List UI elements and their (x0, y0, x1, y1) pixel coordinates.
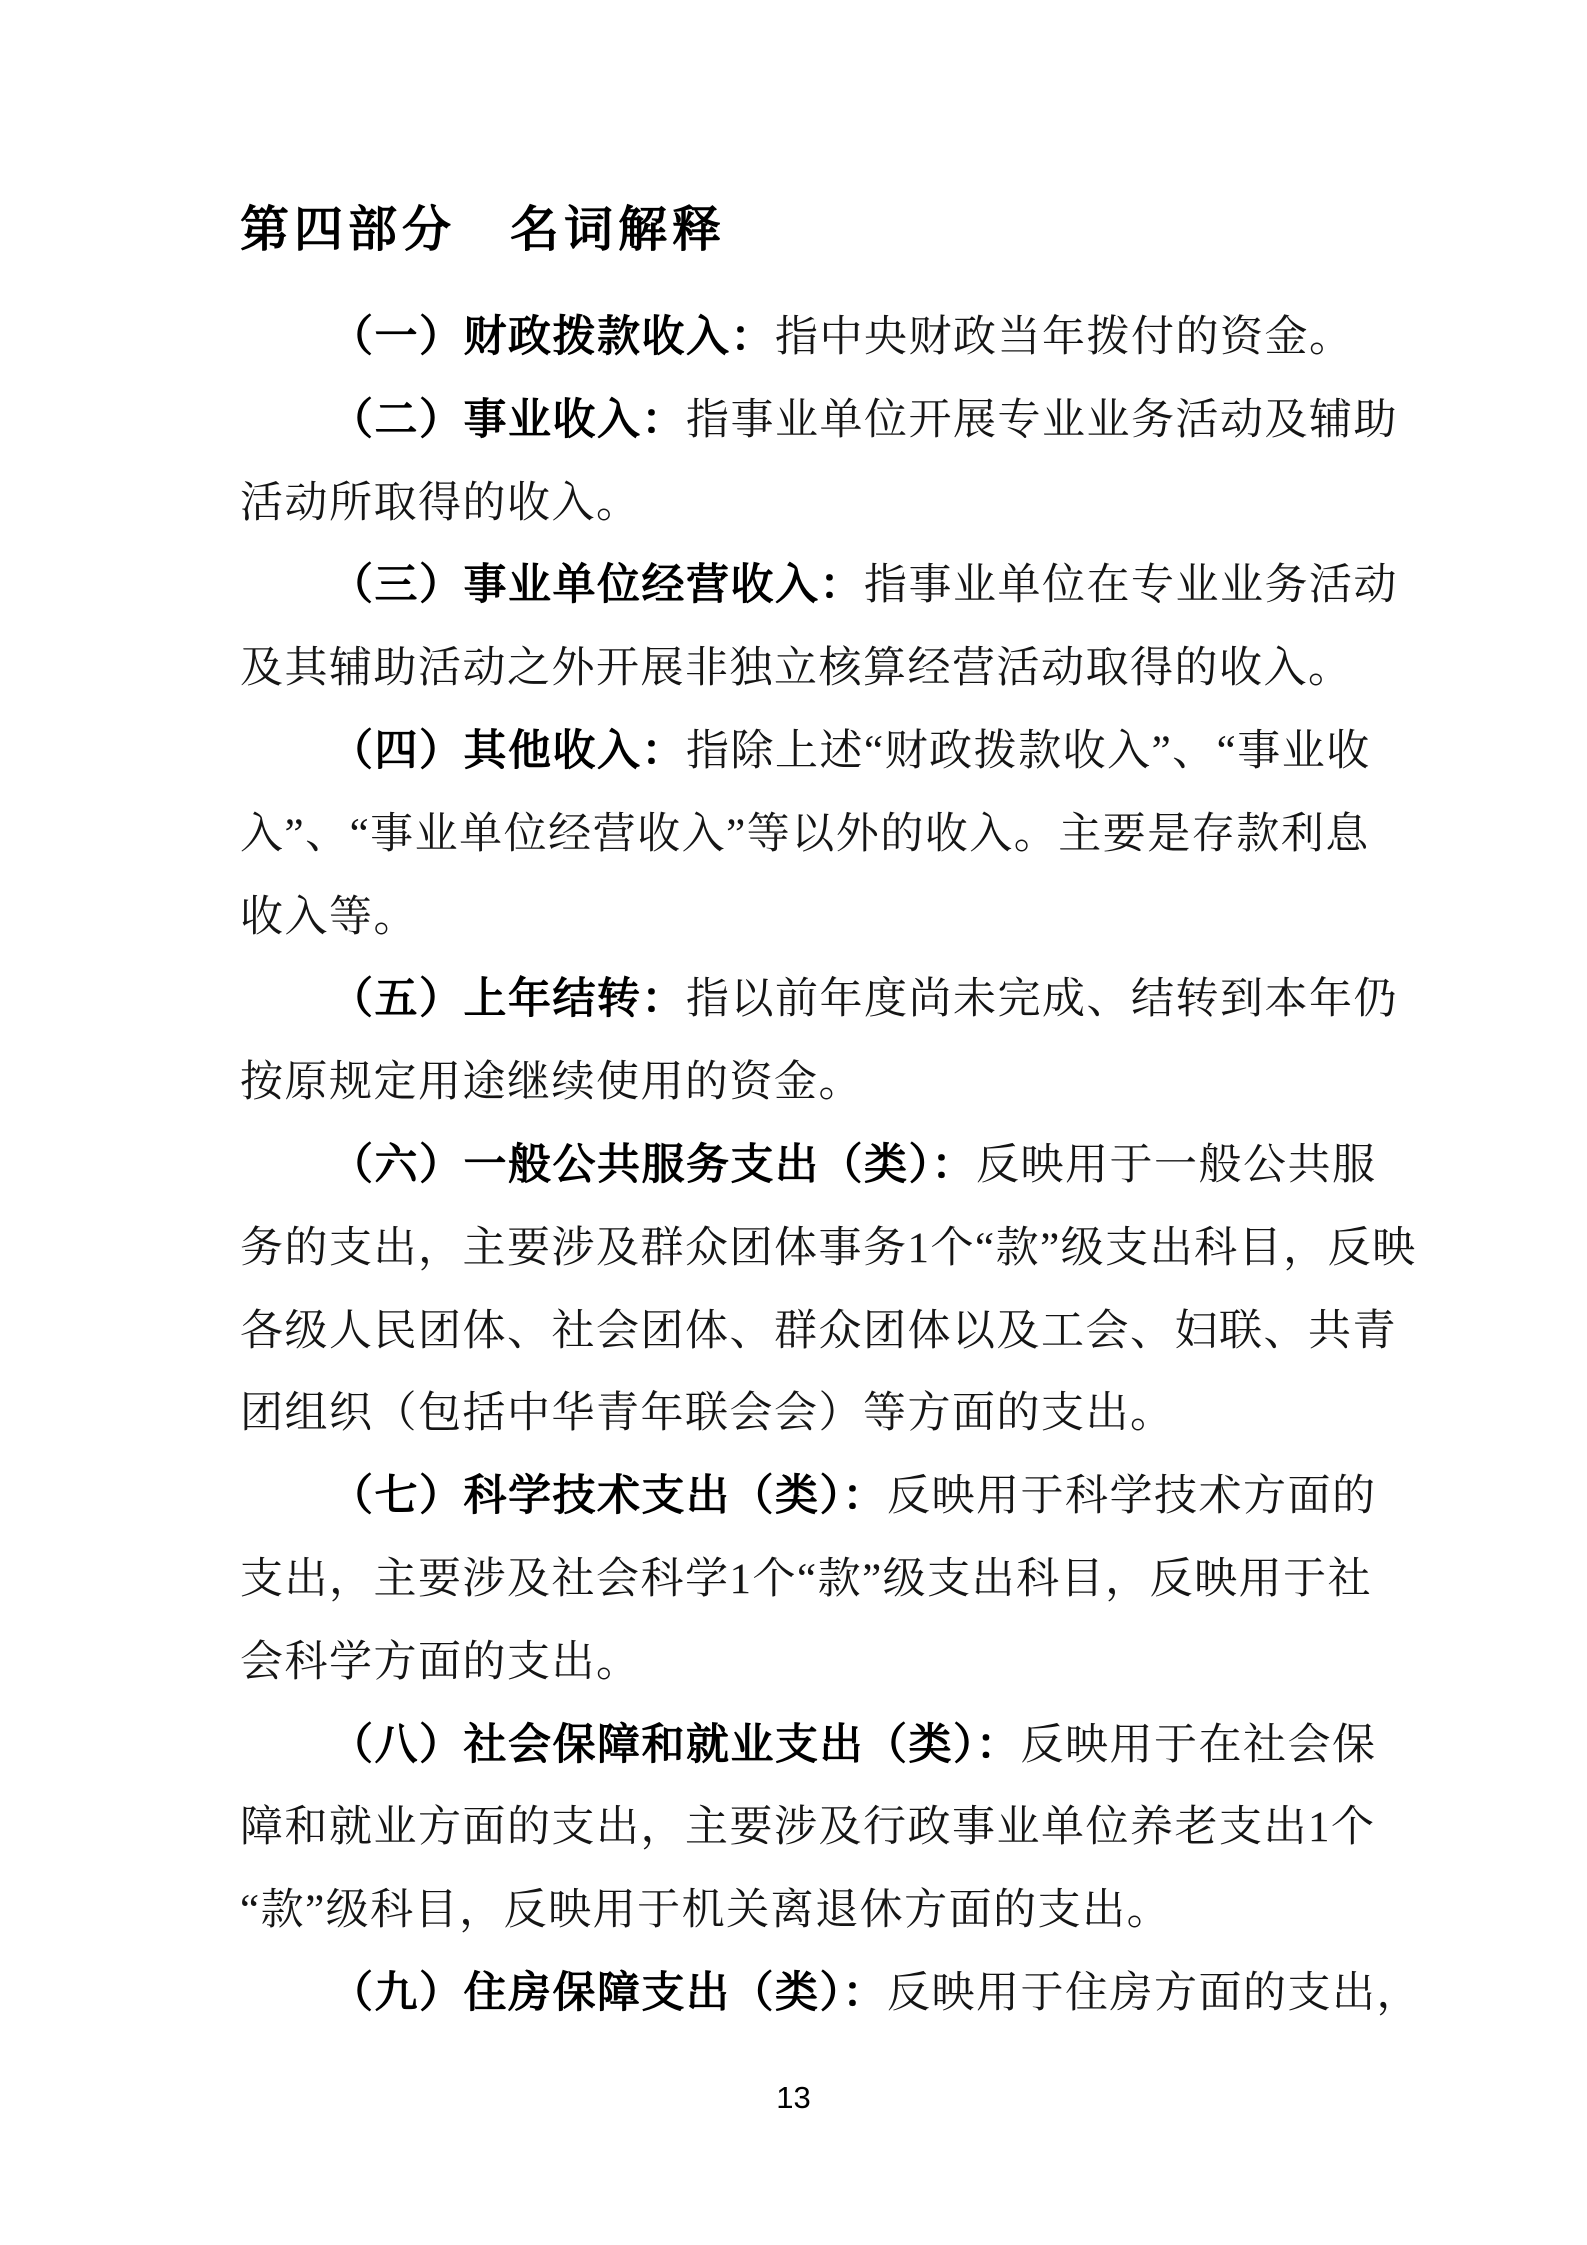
term-label: （三）事业单位经营收入： (330, 562, 864, 609)
text-line: 及其辅助活动之外开展非独立核算经营活动取得的收入。 (240, 628, 1348, 711)
term-label: （二）事业收入： (330, 397, 686, 444)
text-line: （五）上年结转：指以前年度尚未完成、结转到本年仍 (240, 959, 1348, 1042)
text-line: “款”级科目，反映用于机关离退休方面的支出。 (240, 1870, 1348, 1953)
text-line: （七）科学技术支出（类）：反映用于科学技术方面的 (240, 1456, 1348, 1539)
text-line: 按原规定用途继续使用的资金。 (240, 1042, 1348, 1125)
text-line: 支出，主要涉及社会科学1个“款”级支出科目，反映用于社 (240, 1539, 1348, 1622)
text-line: 障和就业方面的支出，主要涉及行政事业单位养老支出1个 (240, 1787, 1348, 1870)
term-label: （九）住房保障支出（类）： (330, 1970, 887, 2017)
text-line: （九）住房保障支出（类）：反映用于住房方面的支出， (240, 1953, 1348, 2036)
text-line: 团组织（包括中华青年联会会）等方面的支出。 (240, 1373, 1348, 1456)
text-line: （二）事业收入：指事业单位开展专业业务活动及辅助 (240, 380, 1348, 463)
text-line: 入”、“事业单位经营收入”等以外的收入。主要是存款利息 (240, 794, 1348, 877)
text-line: （八）社会保障和就业支出（类）：反映用于在社会保 (240, 1705, 1348, 1788)
term-label: （四）其他收入： (330, 728, 686, 775)
text-line: （三）事业单位经营收入：指事业单位在专业业务活动 (240, 545, 1348, 628)
text-line: 务的支出，主要涉及群众团体事务1个“款”级支出科目，反映 (240, 1208, 1348, 1291)
term-label: （五）上年结转： (330, 976, 686, 1023)
term-label: （八）社会保障和就业支出（类）： (330, 1722, 1021, 1769)
text-line: 活动所取得的收入。 (240, 463, 1348, 546)
text-line: （一）财政拨款收入：指中央财政当年拨付的资金。 (240, 297, 1348, 380)
term-label: （一）财政拨款收入： (330, 314, 775, 361)
document-body: （一）财政拨款收入：指中央财政当年拨付的资金。（二）事业收入：指事业单位开展专业… (240, 297, 1348, 2036)
page-number: 13 (0, 2080, 1587, 2116)
text-line: （六）一般公共服务支出（类）：反映用于一般公共服 (240, 1125, 1348, 1208)
term-label: （六）一般公共服务支出（类）： (330, 1142, 976, 1189)
term-label: （七）科学技术支出（类）： (330, 1473, 887, 1520)
text-line: 会科学方面的支出。 (240, 1622, 1348, 1705)
text-line: （四）其他收入：指除上述“财政拨款收入”、“事业收 (240, 711, 1348, 794)
text-line: 各级人民团体、社会团体、群众团体以及工会、妇联、共青 (240, 1291, 1348, 1374)
document-page: 第四部分 名词解释 （一）财政拨款收入：指中央财政当年拨付的资金。（二）事业收入… (0, 0, 1587, 2245)
text-line: 收入等。 (240, 877, 1348, 960)
section-title: 第四部分 名词解释 (240, 198, 726, 262)
